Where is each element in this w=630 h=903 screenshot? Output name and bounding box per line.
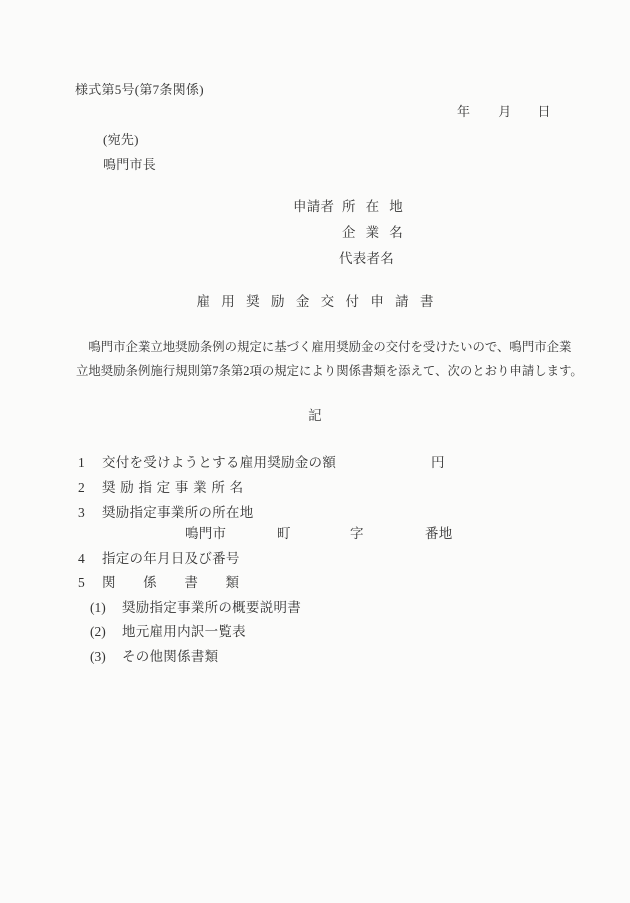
item-4-label: 指定の年月日及び番号 — [102, 551, 240, 566]
sub-item-1-label: 奨励指定事業所の概要説明書 — [122, 600, 301, 615]
item-3-number: 3 — [78, 505, 102, 522]
item-5-number: 5 — [78, 575, 102, 592]
applicant-address-label: 所在地 — [342, 199, 413, 216]
date-day-label: 日 — [538, 104, 551, 119]
sub-item-2-label: 地元雇用内訳一覧表 — [122, 624, 246, 639]
item-4-row: 4指定の年月日及び番号 — [78, 551, 240, 568]
form-number: 様式第5号(第7条関係) — [75, 82, 204, 98]
item-1-number: 1 — [78, 455, 102, 472]
item-5-row: 5関係書類 — [78, 575, 267, 592]
applicant-label: 申請者 — [293, 199, 334, 214]
address-aza-label: 字 — [350, 526, 364, 543]
body-paragraph-line-1: 鳴門市企業立地奨励条例の規定に基づく雇用奨励金の交付を受けたいので、鳴門市企業 — [76, 340, 571, 356]
addressee-prefix: (宛先) — [103, 132, 139, 148]
address-banchi-label: 番地 — [425, 526, 453, 543]
sub-item-2-row: (2)地元雇用内訳一覧表 — [90, 624, 246, 641]
applicant-representative-label: 代表者名 — [339, 251, 394, 268]
address-city-label: 鳴門市 — [185, 526, 226, 543]
sub-item-3-row: (3)その他関係書類 — [90, 649, 218, 666]
sub-item-1-row: (1)奨励指定事業所の概要説明書 — [90, 600, 301, 617]
applicant-company-label: 企業名 — [342, 225, 413, 242]
document-title: 雇用奨励金交付申請書 — [0, 294, 630, 311]
item-4-number: 4 — [78, 551, 102, 568]
item-3-label: 奨励指定事業所の所在地 — [102, 505, 253, 520]
item-1-row: 1交付を受けようとする雇用奨励金の額 円 — [78, 455, 336, 472]
date-line: 年月日 — [457, 104, 551, 120]
applicant-row: 申請者 所在地 — [293, 199, 334, 216]
address-town-label: 町 — [277, 526, 291, 543]
yen-unit-label: 円 — [431, 455, 445, 472]
item-1-label: 交付を受けようとする雇用奨励金の額 — [102, 455, 336, 470]
body-paragraph-line-2: 立地奨励条例施行規則第7条第2項の規定により関係書類を添えて、次のとおり申請しま… — [76, 364, 583, 380]
item-5-label: 関係書類 — [102, 575, 267, 590]
item-2-row: 2奨励指定事業所名 — [78, 480, 248, 497]
date-month-label: 月 — [498, 104, 511, 119]
record-mark: 記 — [0, 408, 630, 425]
document-page: 様式第5号(第7条関係) 年月日 (宛先) 鳴門市長 申請者 所在地 企業名 代… — [0, 0, 630, 903]
sub-item-2-number: (2) — [90, 624, 122, 641]
addressee-name: 鳴門市長 — [103, 157, 156, 173]
date-year-label: 年 — [457, 104, 470, 119]
sub-item-1-number: (1) — [90, 600, 122, 617]
item-3-row: 3奨励指定事業所の所在地 — [78, 505, 253, 522]
sub-item-3-number: (3) — [90, 649, 122, 666]
sub-item-3-label: その他関係書類 — [122, 649, 218, 664]
item-2-number: 2 — [78, 480, 102, 497]
item-2-label: 奨励指定事業所名 — [102, 480, 248, 495]
